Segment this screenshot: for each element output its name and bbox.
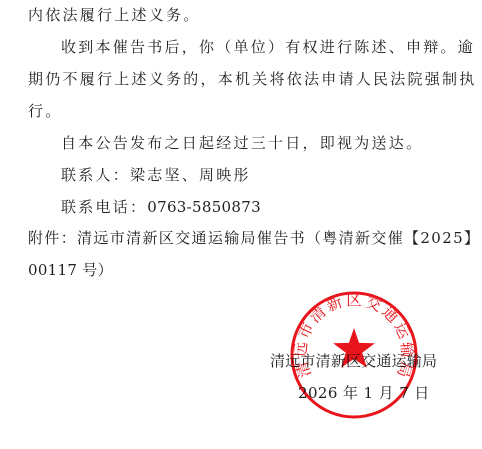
signature-organization: 清远市清新区交通运输局: [270, 351, 437, 371]
paragraph-line-4: 行。: [28, 101, 63, 121]
attachment-line-1: 附件：清远市清新区交通运输局催告书（粤清新交催【2025】: [28, 228, 480, 248]
contact-phone-value: 0763-5850873: [147, 198, 261, 216]
contact-person-line: 联系人：梁志坚、周映彤: [61, 165, 251, 185]
paragraph-line-2: 收到本催告书后，你（单位）有权进行陈述、申辩。逾: [61, 37, 475, 57]
signature-date: 2026 年 1 月 7 日: [298, 383, 430, 403]
paragraph-line-1: 内依法履行上述义务。: [28, 5, 201, 25]
contact-person-value: 梁志坚、周映彤: [130, 166, 251, 184]
document-page: 内依法履行上述义务。 收到本催告书后，你（单位）有权进行陈述、申辩。逾 期仍不履…: [0, 0, 482, 449]
contact-phone-label: 联系电话：: [61, 198, 147, 216]
contact-phone-line: 联系电话：0763-5850873: [61, 197, 261, 217]
paragraph-line-3: 期仍不履行上述义务的，本机关将依法申请人民法院强制执: [28, 69, 477, 89]
attachment-line-2: 00117 号）: [28, 260, 113, 280]
service-notice-line: 自本公告发布之日起经过三十日，即视为送达。: [61, 133, 423, 153]
contact-person-label: 联系人：: [61, 166, 130, 184]
